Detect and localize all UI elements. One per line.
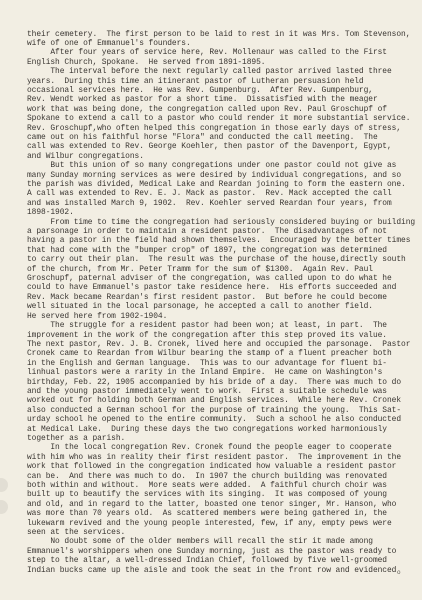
text-line: step to the altar, a well-dressed Indian… bbox=[27, 556, 417, 565]
text-line: English Church, Spokane. He served from … bbox=[27, 58, 417, 67]
text-line: came out on his faithful horse "Flora" a… bbox=[27, 133, 417, 142]
text-line: urday school he opened to the entire com… bbox=[27, 415, 417, 424]
text-line: and Wilbur congregations. bbox=[27, 152, 417, 161]
text-line: seen at the services. bbox=[27, 528, 417, 537]
text-line: in the English and German language. This… bbox=[27, 359, 417, 368]
text-line: years. During this time an itinerant pas… bbox=[27, 77, 417, 86]
text-line: was more than 70 years old. As scattered… bbox=[27, 509, 417, 518]
text-line: wife of one of Emmanuel's founders. bbox=[27, 39, 417, 48]
text-line: built up to beautify the services with i… bbox=[27, 490, 417, 499]
text-line: After four years of service here, Rev. M… bbox=[27, 48, 417, 57]
text-line: their cemetery. The first person to be l… bbox=[27, 30, 417, 39]
text-line: well situated in the local parsonage, he… bbox=[27, 302, 417, 311]
text-line: improvement in the work of the congregat… bbox=[27, 331, 417, 340]
text-line: also conducted a German school for the p… bbox=[27, 406, 417, 415]
text-line: and the young pastor immediately went to… bbox=[27, 387, 417, 396]
text-line: birthday, Feb. 22, 1905 accompanied by h… bbox=[27, 378, 417, 387]
text-line: A call was extended to Rev. E. J. Mack a… bbox=[27, 189, 417, 198]
text-line: Rev. Mack became Reardan's first residen… bbox=[27, 293, 417, 302]
text-line: to carry out their plan. The result was … bbox=[27, 255, 417, 264]
text-line: work that was being done, the congregati… bbox=[27, 105, 417, 114]
text-line: and old, and in regard to the latter, bo… bbox=[27, 500, 417, 509]
text-line: Emmanuel's worshippers when one Sunday m… bbox=[27, 547, 417, 556]
binder-hole-mark bbox=[0, 500, 8, 514]
text-line: Groschupf, paternal adviser of the congr… bbox=[27, 274, 417, 283]
text-line: But this union of so many congregations … bbox=[27, 161, 417, 170]
text-line: many Sunday morning services as were des… bbox=[27, 171, 417, 180]
text-line: can be. And there was much to do. In 190… bbox=[27, 472, 417, 481]
text-line: He served here from 1902-1904. bbox=[27, 312, 417, 321]
text-line: with him who was in reality their first … bbox=[27, 453, 417, 462]
text-line: The interval before the next regularly c… bbox=[27, 67, 417, 76]
text-line: a parsonage in order to maintain a resid… bbox=[27, 227, 417, 236]
text-line: 1898-1902. bbox=[27, 208, 417, 217]
document-body: their cemetery. The first person to be l… bbox=[27, 30, 417, 576]
text-line: worked out for holding both German and E… bbox=[27, 396, 417, 405]
text-line: Rev. Wendt worked as pastor for a short … bbox=[27, 95, 417, 104]
text-line: Spokane to extend a call to a pastor who… bbox=[27, 114, 417, 123]
text-line: and was installed March 9, 1902. Rev. Ko… bbox=[27, 199, 417, 208]
text-line: both within and without. More seats were… bbox=[27, 481, 417, 490]
text-line: of the church, from Mr. Peter Tramm for … bbox=[27, 265, 417, 274]
text-line: could to have Emmanuel's pastor take res… bbox=[27, 283, 417, 292]
text-line: call was extended to Rev. George Koehler… bbox=[27, 142, 417, 151]
text-line: that had come with the "bumper crop" of … bbox=[27, 246, 417, 255]
text-line: linhual pastors were a rarity in the Inl… bbox=[27, 368, 417, 377]
text-line: work that followed in the congregation i… bbox=[27, 462, 417, 471]
text-line: The next pastor, Rev. J. B. Cronek, live… bbox=[27, 340, 417, 349]
text-line: at Medical Lake. During these days the t… bbox=[27, 425, 417, 434]
text-line: Cronek came to Reardan from Wilbur beari… bbox=[27, 349, 417, 358]
typed-page: their cemetery. The first person to be l… bbox=[0, 0, 422, 600]
text-line: No doubt some of the older members will … bbox=[27, 537, 417, 546]
text-line: having a pastor in the field had shown t… bbox=[27, 236, 417, 245]
text-line: occasional services here. He was Rev. Gu… bbox=[27, 86, 417, 95]
text-line: Indian bucks came up the aisle and took … bbox=[27, 566, 417, 575]
text-line: lukewarm revived and the young people in… bbox=[27, 519, 417, 528]
text-line: together as a parish. bbox=[27, 434, 417, 443]
text-line: In the local congregation Rev. Cronek fo… bbox=[27, 443, 417, 452]
text-line: the parish was divided, Medical Lake and… bbox=[27, 180, 417, 189]
text-line: From time to time the congregation had s… bbox=[27, 218, 417, 227]
text-line: Rev. Groschupf,who often helped this con… bbox=[27, 124, 417, 133]
text-line: The struggle for a resident pastor had b… bbox=[27, 321, 417, 330]
binder-hole-mark bbox=[0, 478, 8, 492]
page-mark: o bbox=[397, 569, 401, 576]
